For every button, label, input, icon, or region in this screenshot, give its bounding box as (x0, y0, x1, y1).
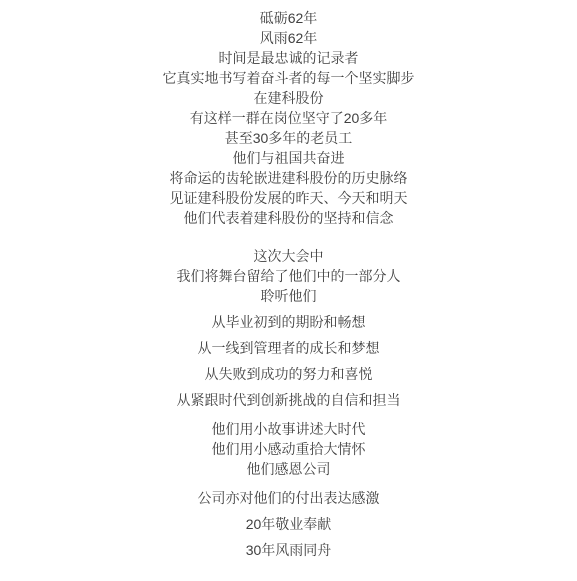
document-page: 砥砺62年 风雨62年 时间是最忠诚的记录者 它真实地书写着奋斗者的每一个坚实脚… (0, 0, 577, 581)
text-block: 砥砺62年 风雨62年 时间是最忠诚的记录者 它真实地书写着奋斗者的每一个坚实脚… (0, 0, 577, 560)
text-line: 他们感恩公司 (0, 459, 577, 479)
text-line: 从毕业初到的期盼和畅想 (0, 312, 577, 332)
text-line: 风雨62年 (0, 28, 577, 48)
text-line: 我们将舞台留给了他们中的一部分人 (0, 266, 577, 286)
text-line: 聆听他们 (0, 286, 577, 306)
text-line: 他们用小感动重拾大情怀 (0, 439, 577, 459)
text-line: 从紧跟时代到创新挑战的自信和担当 (0, 390, 577, 410)
text-line: 砥砺62年 (0, 8, 577, 28)
text-line: 时间是最忠诚的记录者 (0, 48, 577, 68)
text-line: 在建科股份 (0, 88, 577, 108)
text-line: 将命运的齿轮嵌进建科股份的历史脉络 (0, 168, 577, 188)
text-line: 他们用小故事讲述大时代 (0, 419, 577, 439)
text-line: 他们代表着建科股份的坚持和信念 (0, 208, 577, 228)
text-line: 他们与祖国共奋进 (0, 148, 577, 168)
text-line: 这次大会中 (0, 246, 577, 266)
text-line: 30年风雨同舟 (0, 540, 577, 560)
text-line: 有这样一群在岗位坚守了20多年 (0, 108, 577, 128)
text-line: 甚至30多年的老员工 (0, 128, 577, 148)
text-line: 见证建科股份发展的昨天、今天和明天 (0, 188, 577, 208)
text-line: 20年敬业奉献 (0, 514, 577, 534)
text-line: 公司亦对他们的付出表达感激 (0, 488, 577, 508)
text-line: 它真实地书写着奋斗者的每一个坚实脚步 (0, 68, 577, 88)
text-line: 从失败到成功的努力和喜悦 (0, 364, 577, 384)
text-line: 从一线到管理者的成长和梦想 (0, 338, 577, 358)
